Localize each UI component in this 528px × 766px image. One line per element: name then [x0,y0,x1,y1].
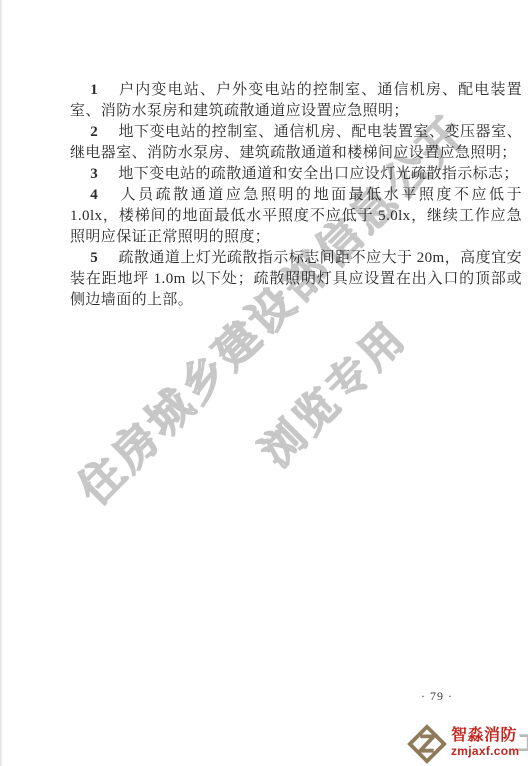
clause-text: 地下变电站的控制室、通信机房、配电装置室、变压器室、继电器室、消防水泵房、建筑疏… [70,124,522,161]
logo-text-block: 智淼消防 工程 zmjaxf.com [451,727,519,758]
clause-text: 人员疏散通道应急照明的地面最低水平照度不应低于 1.0lx，楼梯间的地面最低水平… [70,187,522,245]
scanned-document-page: 住房城乡建设部信息公开 浏览专用 1户内变电站、户外变电站的控制室、通信机房、配… [0,0,528,766]
clause-item-1: 1户内变电站、户外变电站的控制室、通信机房、配电装置室、消防水泵房和建筑疏散通道… [70,80,522,122]
clause-item-4: 4人员疏散通道应急照明的地面最低水平照度不应低于 1.0lx，楼梯间的地面最低水… [70,185,522,248]
logo-diamond-z-icon [406,723,448,765]
logo-company-name: 智淼消防 [451,727,519,744]
clause-item-2: 2地下变电站的控制室、通信机房、配电装置室、变压器室、继电器室、消防水泵房、建筑… [70,122,522,164]
logo-website: zmjaxf.com [451,744,519,758]
clause-number: 5 [90,250,118,266]
body-text: 1户内变电站、户外变电站的控制室、通信机房、配电装置室、消防水泵房和建筑疏散通道… [70,80,522,311]
publisher-logo: 智淼消防 工程 zmjaxf.com [406,723,519,765]
clause-number: 4 [90,187,118,203]
scan-edge-shadow [0,0,3,766]
clause-text: 地下变电站的疏散通道和安全出口应设灯光疏散指示标志； [118,166,518,182]
logo-ghost-text: 工程 [518,727,528,757]
clause-text: 户内变电站、户外变电站的控制室、通信机房、配电装置室、消防水泵房和建筑疏散通道应… [70,82,522,119]
clause-number: 3 [90,166,118,182]
page-number: · 79 · [402,689,472,704]
clause-number: 1 [90,82,118,98]
clause-text: 疏散通道上灯光疏散指示标志间距不应大于 20m，高度宜安装在距地坪 1.0m 以… [70,250,522,308]
watermark-line2: 浏览专用 [246,306,419,479]
clause-item-5: 5疏散通道上灯光疏散指示标志间距不应大于 20m，高度宜安装在距地坪 1.0m … [70,248,522,311]
clause-item-3: 3地下变电站的疏散通道和安全出口应设灯光疏散指示标志； [70,164,522,185]
clause-number: 2 [90,124,118,140]
